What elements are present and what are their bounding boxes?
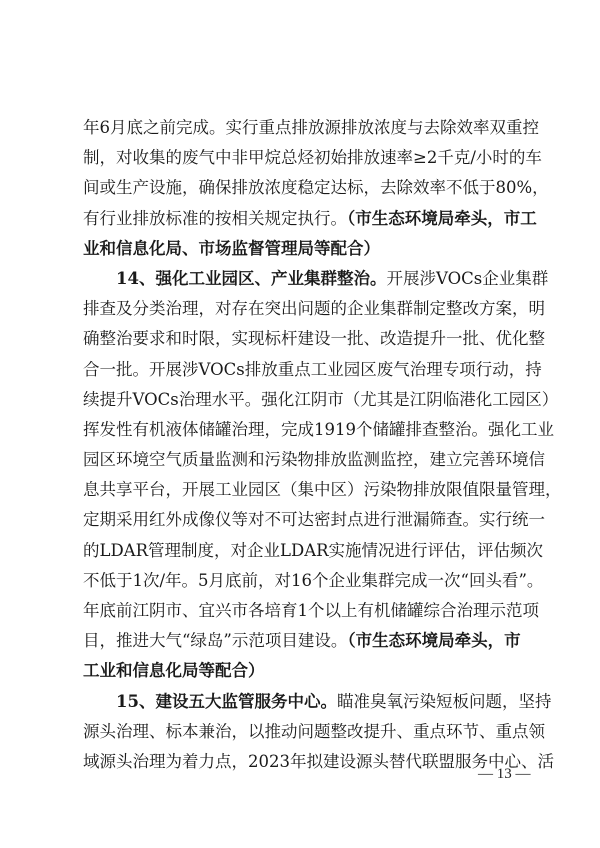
text-line: 年6月底之前完成。实行重点排放源排放浓度与去除效率双重控 xyxy=(83,113,519,143)
text-line: 制，对收集的废气中非甲烷总烃初始排放速率≥2千克/小时的车 xyxy=(83,143,519,173)
responsibility-note: （市生态环境局牵头，市工 xyxy=(347,209,537,228)
section-heading-14: 14、强化工业园区、产业集群整治。 xyxy=(116,269,386,288)
text-segment: 开展涉VOCs企业集群 xyxy=(386,269,548,288)
section-heading-15: 15、建设五大监管服务中心。 xyxy=(116,692,337,711)
text-line: 间或生产设施，确保排放浓度稳定达标，去除效率不低于80%， xyxy=(83,173,519,203)
text-segment: 的LDAR管理制度，对企业LDAR实施情况进行评估，评估频次 xyxy=(83,541,543,560)
text-line: 挥发性有机液体储罐治理，完成1919个储罐排查整治。强化工业 xyxy=(83,415,519,445)
text-segment: 排查及分类治理，对存在突出问题的企业集群制定整改方案，明 xyxy=(83,299,545,318)
document-page: 年6月底之前完成。实行重点排放源排放浓度与去除效率双重控 制，对收集的废气中非甲… xyxy=(0,0,600,848)
section-heading-line: 15、建设五大监管服务中心。瞄准臭氧污染短板问题，坚持 xyxy=(83,687,519,717)
text-segment: 间或生产设施，确保排放浓度稳定达标，去除效率不低于80%， xyxy=(83,178,549,197)
text-line: 续提升VOCs治理水平。强化江阴市（尤其是江阴临港化工园区） xyxy=(83,385,519,415)
text-segment: 定期采用红外成像仪等对不可达密封点进行泄漏筛查。实行统一 xyxy=(83,510,545,529)
text-line: 工业和信息化局等配合） xyxy=(83,656,519,686)
responsibility-note: 业和信息化局、市场监督管理局等配合） xyxy=(83,239,380,258)
text-segment: 年6月底之前完成。实行重点排放源排放浓度与去除效率双重控 xyxy=(83,118,539,137)
text-segment: 续提升VOCs治理水平。强化江阴市（尤其是江阴临港化工园区） xyxy=(83,390,558,409)
text-segment: 源头治理、标本兼治，以推动问题整改提升、重点环节、重点领 xyxy=(83,722,545,741)
text-segment: 园区环境空气质量监测和污染物排放监测监控，建立完善环境信 xyxy=(83,450,545,469)
text-segment: 不低于1次/年。5月底前，对16个企业集群完成一次“回头看”。 xyxy=(83,571,543,590)
text-line: 年底前江阴市、宜兴市各培育1个以上有机储罐综合治理示范项 xyxy=(83,596,519,626)
text-segment: 目，推进大气“绿岛”示范项目建设。 xyxy=(83,631,347,650)
text-segment: 瞄准臭氧污染短板问题，坚持 xyxy=(337,692,552,711)
text-line: 有行业排放标准的按相关规定执行。（市生态环境局牵头，市工 xyxy=(83,204,519,234)
text-line: 不低于1次/年。5月底前，对16个企业集群完成一次“回头看”。 xyxy=(83,566,519,596)
text-line: 园区环境空气质量监测和污染物排放监测监控，建立完善环境信 xyxy=(83,445,519,475)
text-line: 排查及分类治理，对存在突出问题的企业集群制定整改方案，明 xyxy=(83,294,519,324)
text-segment: 确整治要求和时限，实现标杆建设一批、改造提升一批、优化整 xyxy=(83,329,545,348)
text-segment: 合一批。开展涉VOCs排放重点工业园区废气治理专项行动，持 xyxy=(83,360,542,379)
text-line: 定期采用红外成像仪等对不可达密封点进行泄漏筛查。实行统一 xyxy=(83,505,519,535)
text-line: 的LDAR管理制度，对企业LDAR实施情况进行评估，评估频次 xyxy=(83,536,519,566)
text-line: 息共享平台，开展工业园区（集中区）污染物排放限值限量管理， xyxy=(83,475,519,505)
text-line: 业和信息化局、市场监督管理局等配合） xyxy=(83,234,519,264)
text-line: 确整治要求和时限，实现标杆建设一批、改造提升一批、优化整 xyxy=(83,324,519,354)
section-heading-line: 14、强化工业园区、产业集群整治。开展涉VOCs企业集群 xyxy=(83,264,519,294)
text-line: 源头治理、标本兼治，以推动问题整改提升、重点环节、重点领 xyxy=(83,717,519,747)
responsibility-note: 工业和信息化局等配合） xyxy=(83,661,265,680)
text-line: 合一批。开展涉VOCs排放重点工业园区废气治理专项行动，持 xyxy=(83,355,519,385)
page-number: — 13 — xyxy=(478,766,531,783)
responsibility-note: （市生态环境局牵头，市 xyxy=(347,631,520,650)
text-line: 域源头治理为着力点，2023年拟建设源头替代联盟服务中心、活 xyxy=(83,747,519,777)
text-segment: 有行业排放标准的按相关规定执行。 xyxy=(83,209,347,228)
text-segment: 挥发性有机液体储罐治理，完成1919个储罐排查整治。强化工业 xyxy=(83,420,554,439)
text-segment: 年底前江阴市、宜兴市各培育1个以上有机储罐综合治理示范项 xyxy=(83,601,539,620)
text-line: 目，推进大气“绿岛”示范项目建设。（市生态环境局牵头，市 xyxy=(83,626,519,656)
text-segment: 息共享平台，开展工业园区（集中区）污染物排放限值限量管理， xyxy=(83,480,562,499)
body-text: 年6月底之前完成。实行重点排放源排放浓度与去除效率双重控 制，对收集的废气中非甲… xyxy=(83,113,519,777)
text-segment: 制，对收集的废气中非甲烷总烃初始排放速率≥2千克/小时的车 xyxy=(83,148,542,167)
